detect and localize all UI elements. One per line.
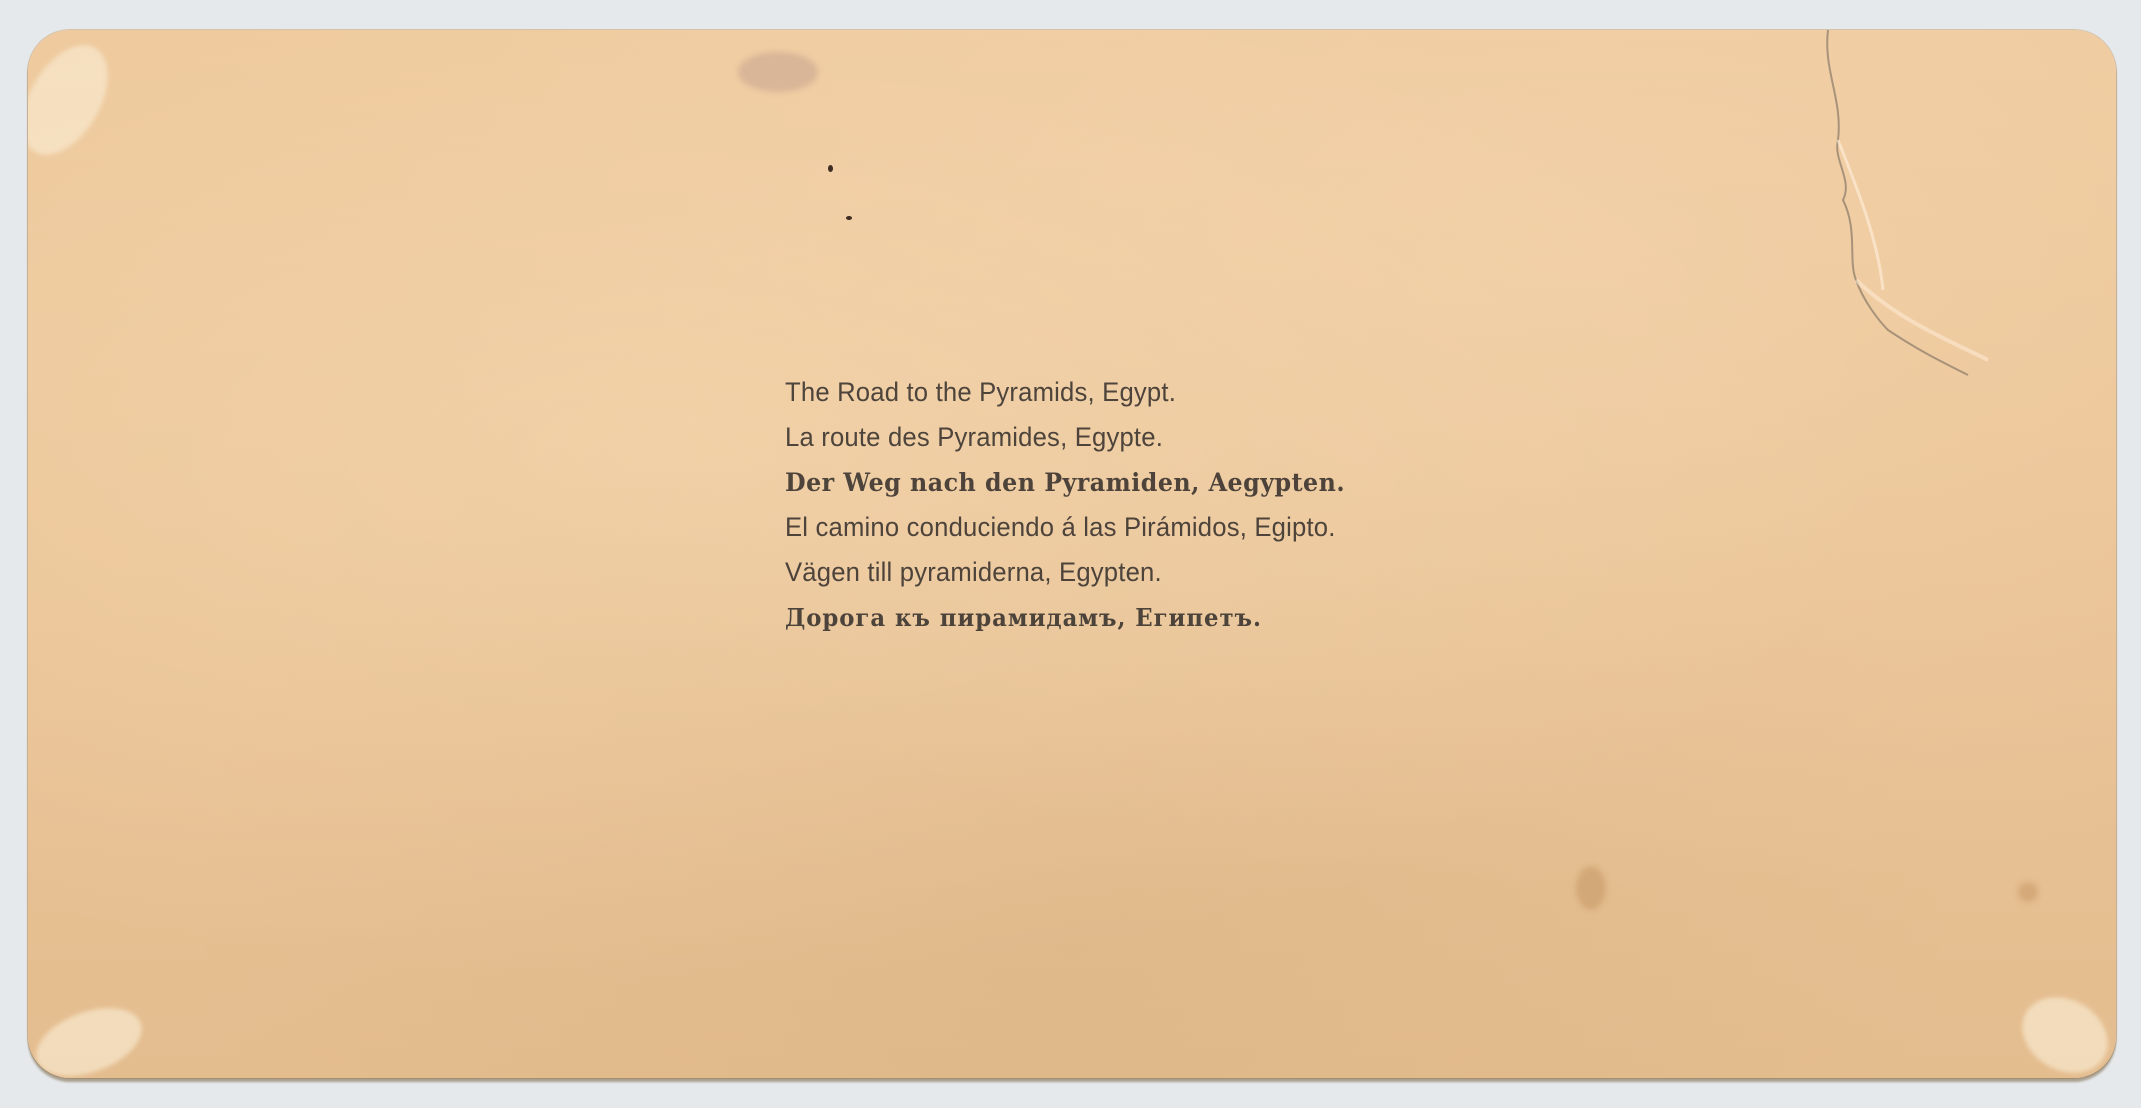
caption-german: Der Weg nach den Pyramiden, Aegypten. <box>785 460 1345 505</box>
caption-swedish: Vägen till pyramiderna, Egypten. <box>785 550 1345 595</box>
stain-mark <box>738 52 818 92</box>
caption-spanish: El camino conduciendo á las Pirámidos, E… <box>785 505 1345 550</box>
caption-french: La route des Pyramides, Egypte. <box>785 415 1345 460</box>
corner-wear-bottom-right <box>2009 982 2116 1078</box>
caption-russian: Дорога къ пирамидамъ, Египетъ. <box>785 595 1345 640</box>
corner-wear-top-left <box>28 31 125 170</box>
caption-english: The Road to the Pyramids, Egypt. <box>785 370 1345 415</box>
ink-speck <box>828 165 833 172</box>
caption-block: The Road to the Pyramids, Egypt. La rout… <box>785 370 1345 640</box>
corner-wear-bottom-left <box>28 995 151 1078</box>
paper-crease <box>1798 30 1998 450</box>
stain-mark <box>2018 882 2038 902</box>
ink-speck <box>846 216 852 220</box>
scan-background: The Road to the Pyramids, Egypt. La rout… <box>0 0 2141 1108</box>
stain-mark <box>1576 866 1606 910</box>
